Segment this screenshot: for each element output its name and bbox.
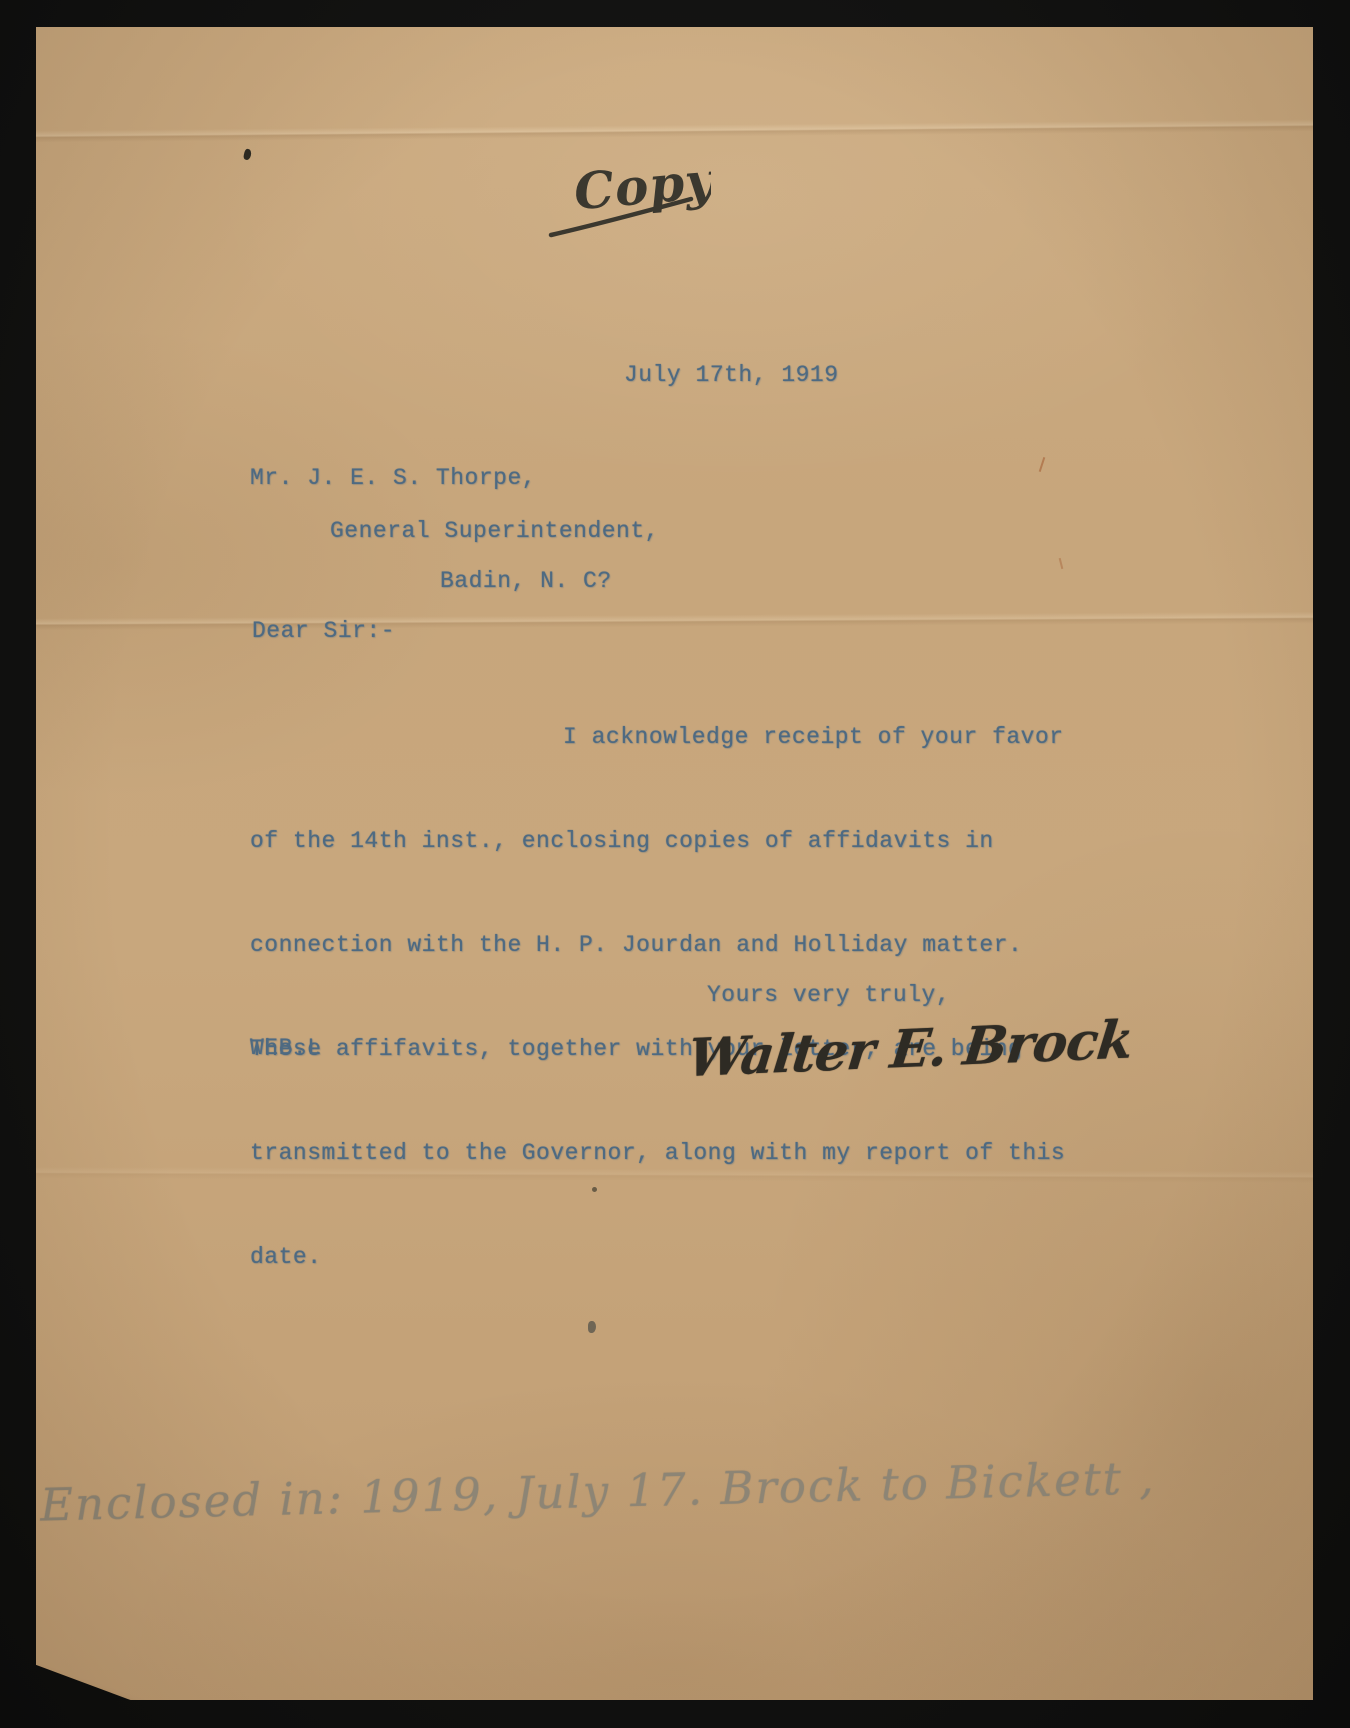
corner-fold-shadow: [25, 1663, 151, 1720]
typist-initials: WEB.L: [250, 1035, 322, 1061]
archival-note: Enclosed in: 1919, July 17. Brock to Bic…: [40, 1451, 1157, 1531]
closing-line: Yours very truly,: [707, 982, 950, 1008]
body-line: of the 14th inst., enclosing copies of a…: [250, 826, 1065, 878]
salutation: Dear Sir:-: [252, 618, 395, 644]
body-line: I acknowledge receipt of your favor: [250, 722, 1065, 774]
paper-crease-middle: [26, 612, 1323, 631]
paper-speck: [592, 1187, 597, 1192]
paper-fiber: [1039, 457, 1046, 472]
body-line: transmitted to the Governor, along with …: [250, 1138, 1065, 1190]
recipient-location: Badin, N. C?: [440, 568, 612, 594]
letter-body: I acknowledge receipt of your favor of t…: [250, 670, 1065, 1346]
recipient-title: General Superintendent,: [330, 518, 659, 544]
copy-annotation-text: Copy: [572, 150, 711, 221]
paper-speck: [243, 148, 252, 160]
date-line: July 17th, 1919: [624, 362, 839, 388]
body-line: connection with the H. P. Jourdan and Ho…: [250, 930, 1065, 982]
photo-background: Copy July 17th, 1919 Mr. J. E. S. Thorpe…: [0, 0, 1350, 1728]
copy-annotation: Copy: [541, 139, 711, 249]
paper-fiber: [1059, 558, 1064, 569]
body-line: date.: [250, 1242, 1065, 1294]
letter-page: Copy July 17th, 1919 Mr. J. E. S. Thorpe…: [36, 27, 1313, 1700]
recipient-name: Mr. J. E. S. Thorpe,: [250, 465, 536, 491]
